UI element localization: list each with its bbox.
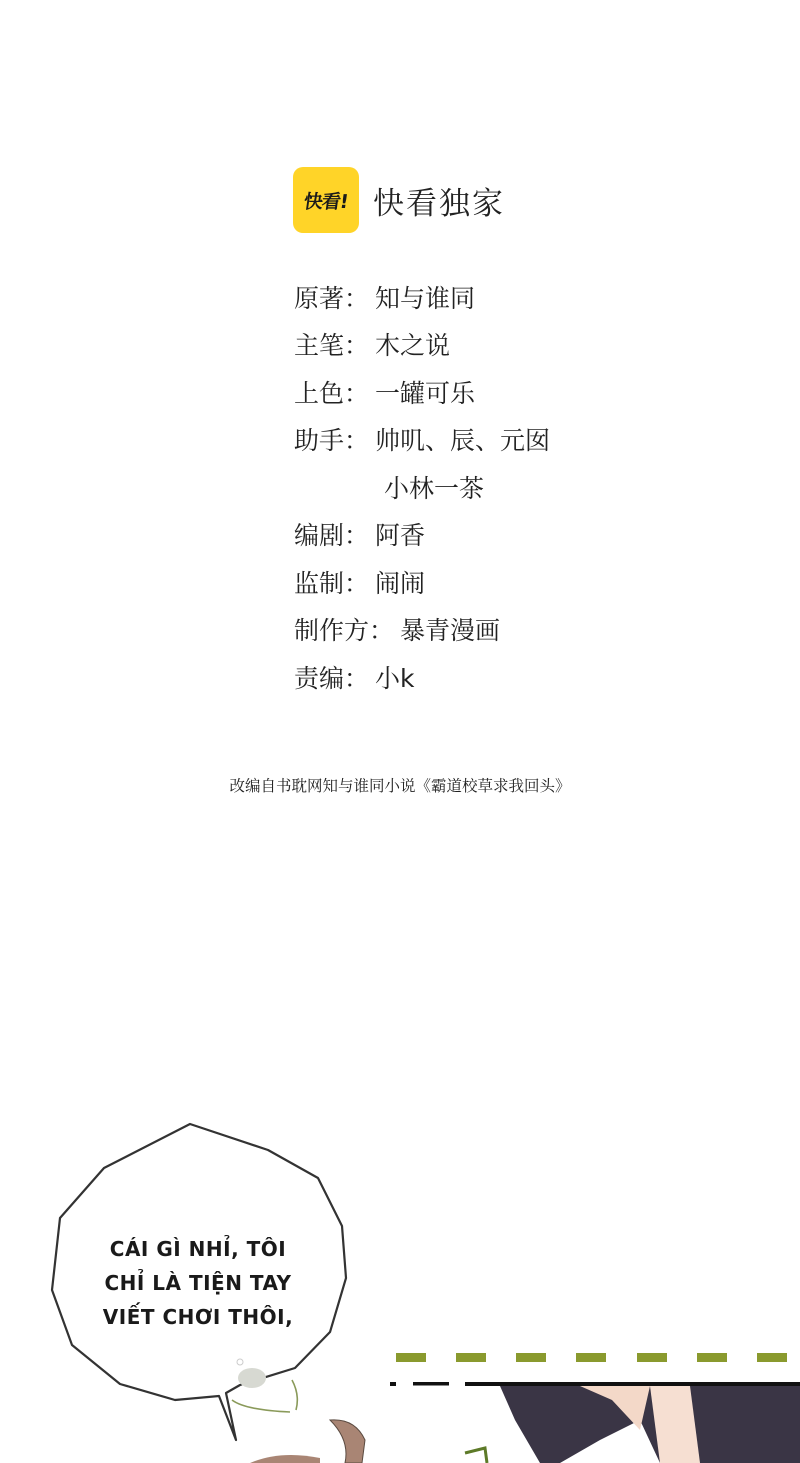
brand-header: 快看! 快看独家 — [293, 167, 505, 233]
credit-names: 暴青漫画 — [400, 611, 500, 647]
credit-separator: ： — [344, 564, 369, 600]
credit-row: 原著：知与谁同 — [294, 273, 550, 321]
credit-role: 责编 — [294, 659, 344, 695]
bubble-line: CÁI GÌ NHỈ, TÔI — [78, 1232, 318, 1266]
logo-text: 快看! — [302, 187, 349, 214]
credit-role: 监制 — [294, 564, 344, 600]
credit-separator: ： — [344, 516, 369, 552]
credit-separator: ： — [344, 279, 369, 315]
credits-list: 原著：知与谁同 主笔：木之说 上色：一罐可乐 助手：帅叽、辰、元囡 小林一茶 编… — [294, 273, 550, 701]
credit-role: 原著 — [294, 279, 344, 315]
brand-title: 快看独家 — [373, 178, 505, 223]
credit-row-continuation: 小林一茶 — [294, 463, 550, 511]
credit-row: 主笔：木之说 — [294, 321, 550, 369]
credit-names: 一罐可乐 — [375, 374, 475, 410]
credit-role: 主笔 — [294, 326, 344, 362]
bubble-line: CHỈ LÀ TIỆN TAY — [78, 1266, 318, 1300]
speech-bubble-text: CÁI GÌ NHỈ, TÔI CHỈ LÀ TIỆN TAY VIẾT CHƠ… — [78, 1232, 318, 1334]
dashed-line-decoration — [396, 1353, 787, 1362]
credit-names: 帅叽、辰、元囡 — [375, 421, 550, 457]
credit-role: 上色 — [294, 374, 344, 410]
credit-separator: ： — [369, 611, 394, 647]
doodle-icon — [238, 1368, 266, 1388]
credit-row: 编剧：阿香 — [294, 511, 550, 559]
credit-row: 上色：一罐可乐 — [294, 368, 550, 416]
credit-names: 木之说 — [375, 326, 450, 362]
credit-role: 助手 — [294, 421, 344, 457]
bubble-line: VIẾT CHƠI THÔI, — [78, 1300, 318, 1334]
credit-row: 制作方：暴青漫画 — [294, 606, 550, 654]
credit-role: 制作方 — [294, 611, 369, 647]
credit-role: 编剧 — [294, 516, 344, 552]
credit-separator: ： — [344, 421, 369, 457]
credit-row: 责编：小k — [294, 653, 550, 701]
credit-names: 知与谁同 — [375, 279, 475, 315]
credit-separator: ： — [344, 326, 369, 362]
source-note: 改编自书耽网知与谁同小说《霸道校草求我回头》 — [0, 774, 800, 796]
credit-names: 小林一茶 — [384, 469, 484, 505]
credit-names: 小k — [375, 659, 414, 695]
credit-separator: ： — [344, 659, 369, 695]
credit-names: 闹闹 — [375, 564, 425, 600]
credit-row: 助手：帅叽、辰、元囡 — [294, 416, 550, 464]
character-hair-icon — [500, 1386, 800, 1463]
kuaikan-logo-icon: 快看! — [293, 167, 359, 233]
credit-separator: ： — [344, 374, 369, 410]
credit-names: 阿香 — [375, 516, 425, 552]
credit-row: 监制：闹闹 — [294, 558, 550, 606]
